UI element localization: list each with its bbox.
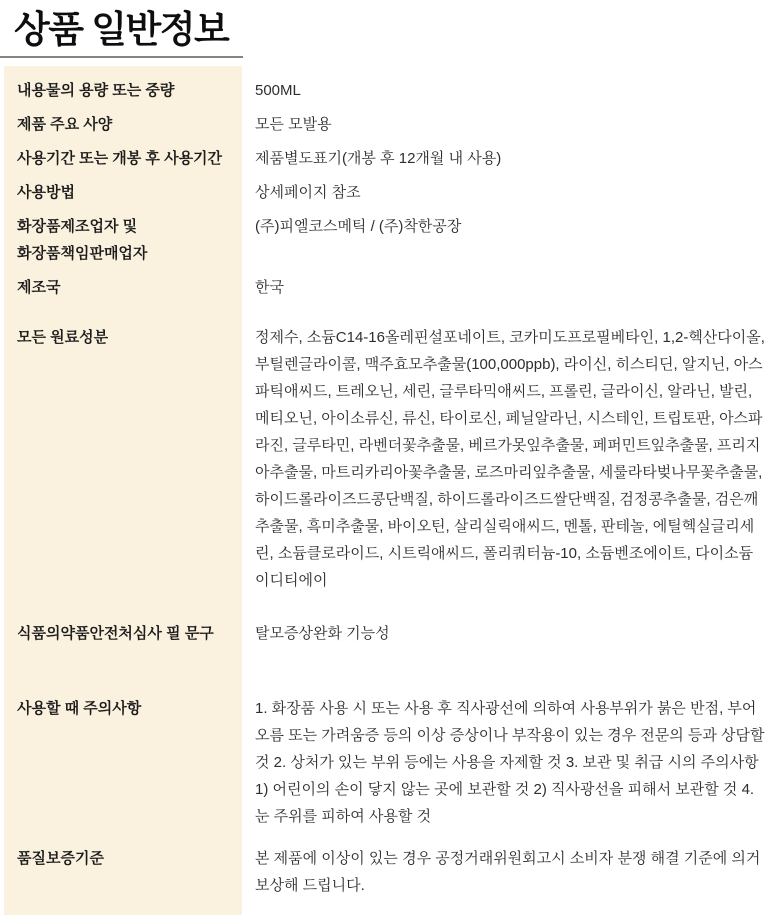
page-title: 상품 일반정보	[14, 7, 780, 53]
info-row-value: 1. 화장품 사용 시 또는 사용 후 직사광선에 의하여 사용부위가 붉은 반…	[242, 695, 780, 830]
info-row-precautions: 사용할 때 주의사항 1. 화장품 사용 시 또는 사용 후 직사광선에 의하여…	[0, 695, 780, 830]
info-row-value: 제품별도표기(개봉 후 12개월 내 사용)	[242, 145, 780, 172]
info-row-expiry: 사용기간 또는 개봉 후 사용기간 제품별도표기(개봉 후 12개월 내 사용)	[0, 145, 780, 172]
info-row-spec: 제품 주요 사양 모든 모발용	[0, 111, 780, 138]
product-info-table: 내용물의 용량 또는 중량 500ML 제품 주요 사양 모든 모발용 사용기간…	[0, 57, 780, 915]
info-row-value: 상세페이지 참조	[242, 179, 780, 206]
info-row-label: 식품의약품안전처심사 필 문구	[0, 620, 242, 647]
info-row-label: 제품 주요 사양	[0, 111, 242, 138]
info-row-value: 한국	[242, 274, 780, 301]
info-row-value: 탈모증상완화 기능성	[242, 620, 780, 647]
info-row-label: 제조국	[0, 274, 242, 301]
info-row-label: 사용기간 또는 개봉 후 사용기간	[0, 145, 242, 172]
info-row-value: 정제수, 소듐C14-16올레핀설포네이트, 코카미도프로필베타인, 1,2-헥…	[242, 324, 780, 594]
info-row-label: 품질보증기준	[0, 845, 242, 872]
info-row-label: 내용물의 용량 또는 중량	[0, 77, 242, 104]
info-row-label: 모든 원료성분	[0, 324, 242, 351]
info-row-label: 화장품제조업자 및 화장품책임판매업자	[0, 213, 242, 267]
info-row-manufacturer: 화장품제조업자 및 화장품책임판매업자 (주)피엘코스메틱 / (주)착한공장	[0, 213, 780, 267]
info-row-volume: 내용물의 용량 또는 중량 500ML	[0, 77, 780, 104]
page-header: 상품 일반정보	[0, 0, 780, 53]
info-row-usage: 사용방법 상세페이지 참조	[0, 179, 780, 206]
info-row-value: 본 제품에 이상이 있는 경우 공정거래위원회고시 소비자 분쟁 해결 기준에 …	[242, 845, 780, 899]
info-row-value: 500ML	[242, 77, 780, 104]
info-row-value: 모든 모발용	[242, 111, 780, 138]
info-row-country: 제조국 한국	[0, 274, 780, 301]
product-info-rows: 내용물의 용량 또는 중량 500ML 제품 주요 사양 모든 모발용 사용기간…	[0, 57, 780, 899]
info-row-value: (주)피엘코스메틱 / (주)착한공장	[242, 213, 780, 240]
info-row-mfds-phrase: 식품의약품안전처심사 필 문구 탈모증상완화 기능성	[0, 620, 780, 647]
info-row-warranty: 품질보증기준 본 제품에 이상이 있는 경우 공정거래위원회고시 소비자 분쟁 …	[0, 845, 780, 899]
info-row-label: 사용방법	[0, 179, 242, 206]
info-row-label: 사용할 때 주의사항	[0, 695, 242, 722]
info-row-ingredients: 모든 원료성분 정제수, 소듐C14-16올레핀설포네이트, 코카미도프로필베타…	[0, 324, 780, 594]
